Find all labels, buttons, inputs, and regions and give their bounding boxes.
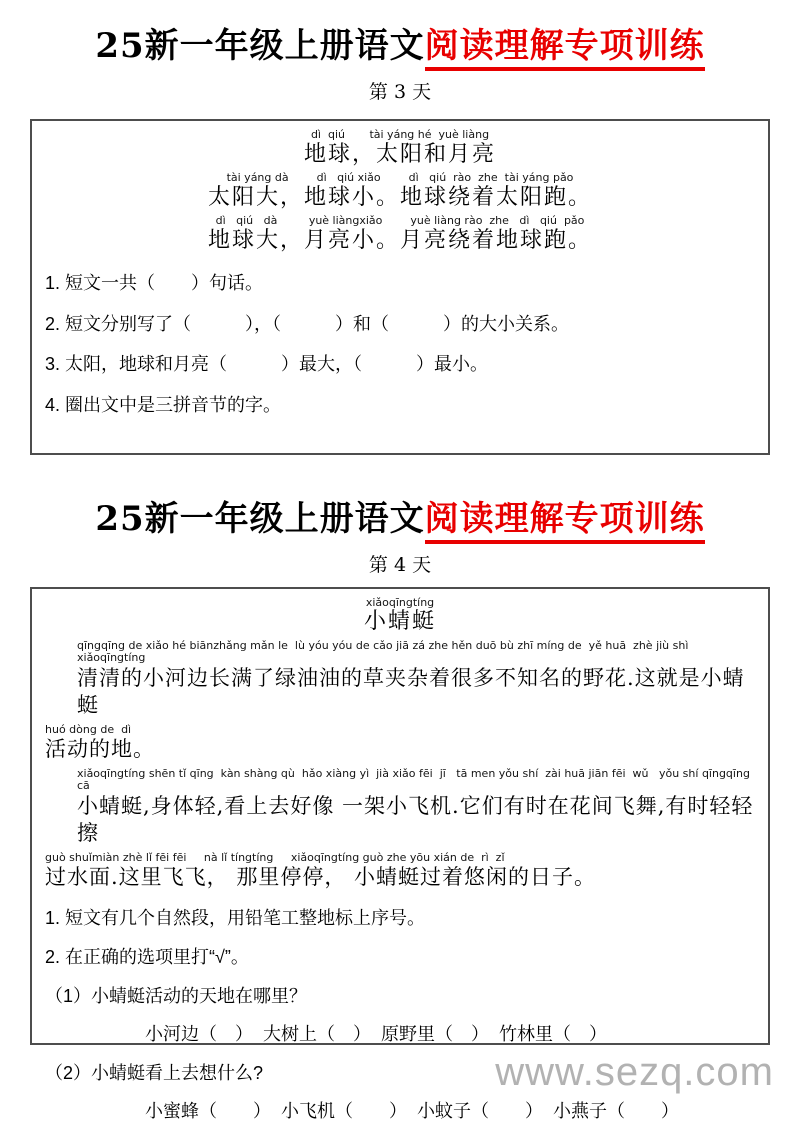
option-row: 小蜜蜂（ ） 小飞机（ ） 小蚊子（ ） 小燕子（ ）	[45, 1101, 755, 1123]
title-topic-text: 阅读理解专项训练	[425, 26, 705, 70]
pinyin-line: dì qiú dà yuè liàngxiǎo yuè liàng rào zh…	[45, 215, 755, 228]
passage-line: dì qiú dà yuè liàngxiǎo yuè liàng rào zh…	[45, 215, 755, 254]
worksheet-title: 25新一年级上册语文阅读理解专项训练	[0, 497, 800, 543]
hanzi-line: 清清的小河边长满了绿油油的草夹杂着很多不知名的野花.这就是小蜻蜓	[77, 665, 755, 720]
paragraph-line: xiǎoqīngtíng shēn tǐ qīng kàn shàng qù h…	[45, 768, 755, 848]
worksheet-title: 25新一年级上册语文阅读理解专项训练	[0, 24, 800, 70]
title-topic-part: 阅读理解专项训练	[425, 499, 705, 544]
title-topic-part: 阅读理解专项训练	[425, 26, 705, 71]
pinyin-line: dì qiú tài yáng hé yuè liàng	[45, 129, 755, 142]
pinyin-line: guò shuǐmiàn zhè lǐ fēi fēi nà lǐ tíngtí…	[45, 852, 755, 865]
hanzi-line: 小蜻蜓,身体轻,看上去好像 一架小飞机.它们有时在花间飞舞,有时轻轻擦	[77, 793, 755, 848]
title-grade-part: 25新一年级上册语文	[95, 26, 424, 66]
paragraph-line: qīngqīng de xiǎo hé biānzhǎng mǎn le lù …	[45, 640, 755, 720]
section-day3: 25新一年级上册语文阅读理解专项训练 第 3 天 dì qiú tài yáng…	[0, 24, 800, 455]
question-item: 1. 短文一共（ ）句话。	[45, 273, 755, 295]
pinyin-line: qīngqīng de xiǎo hé biānzhǎng mǎn le lù …	[77, 640, 755, 665]
paragraph-line: guò shuǐmiàn zhè lǐ fēi fēi nà lǐ tíngtí…	[45, 852, 755, 892]
hanzi-line: 地球大，月亮小。月亮绕着地球跑。	[45, 228, 755, 254]
pinyin-line: xiǎoqīngtíng	[45, 597, 755, 610]
pinyin-line: xiǎoqīngtíng shēn tǐ qīng kàn shàng qù h…	[77, 768, 755, 793]
question-item: 1. 短文有几个自然段，用铅笔工整地标上序号。	[45, 908, 755, 930]
pinyin-line: huó dòng de dì	[45, 724, 755, 737]
title-topic-text: 阅读理解专项训练	[425, 499, 705, 543]
hanzi-line: 过水面.这里飞飞， 那里停停， 小蜻蜓过着悠闲的日子。	[45, 864, 755, 891]
passage-title-line: dì qiú tài yáng hé yuè liàng 地球，太阳和月亮	[45, 129, 755, 168]
hanzi-line: 地球，太阳和月亮	[45, 142, 755, 168]
day-label: 第 4 天	[0, 550, 800, 577]
passage-box-day4: xiǎoqīngtíng 小蜻蜓 qīngqīng de xiǎo hé biā…	[30, 587, 770, 1045]
hanzi-line: 太阳大，地球小。地球绕着太阳跑。	[45, 185, 755, 211]
hanzi-line: 小蜻蜓	[45, 609, 755, 635]
question-item: 2. 在正确的选项里打“√”。	[45, 947, 755, 969]
section-day4: 25新一年级上册语文阅读理解专项训练 第 4 天 xiǎoqīngtíng 小蜻…	[0, 497, 800, 1045]
question-item: 3. 太阳，地球和月亮（ ）最大，（ ）最小。	[45, 354, 755, 376]
worksheet-page: 25新一年级上册语文阅读理解专项训练 第 3 天 dì qiú tài yáng…	[0, 0, 800, 1131]
passage-box-day3: dì qiú tài yáng hé yuè liàng 地球，太阳和月亮 tà…	[30, 119, 770, 455]
question-item: 2. 短文分别写了（ ），（ ）和（ ）的大小关系。	[45, 314, 755, 336]
hanzi-line: 活动的地。	[45, 736, 755, 763]
passage-line: tài yáng dà dì qiú xiǎo dì qiú rào zhe t…	[45, 172, 755, 211]
paragraph-line: huó dòng de dì 活动的地。	[45, 724, 755, 764]
pinyin-line: tài yáng dà dì qiú xiǎo dì qiú rào zhe t…	[45, 172, 755, 185]
question-item: 4. 圈出文中是三拼音节的字。	[45, 395, 755, 417]
watermark: www.sezq.com	[495, 1050, 774, 1095]
option-row: 小河边（ ） 大树上（ ） 原野里（ ） 竹林里（ ）	[45, 1024, 755, 1046]
title-grade-part: 25新一年级上册语文	[95, 499, 424, 539]
sub-question-item: （1）小蜻蜓活动的天地在哪里？	[45, 986, 755, 1008]
day-label: 第 3 天	[0, 77, 800, 104]
question-list: 1. 短文一共（ ）句话。 2. 短文分别写了（ ），（ ）和（ ）的大小关系。…	[45, 273, 755, 416]
passage-title-line: xiǎoqīngtíng 小蜻蜓	[45, 597, 755, 636]
